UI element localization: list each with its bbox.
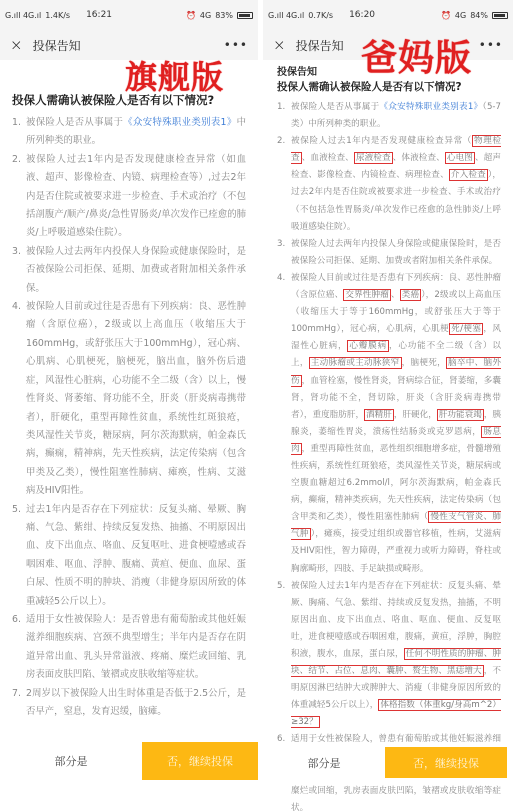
occupation-table-link[interactable]: 《众安特殊职业类别表1》 <box>123 117 236 128</box>
signal-icon: G.ıll 4G.ıl <box>5 11 41 20</box>
close-icon[interactable]: × <box>10 36 23 54</box>
list-item: 3.被保险人过去两年内投保人身保险或健康保险时，是否被保险公司拒保、延期、加费或… <box>277 236 501 270</box>
phone-flagship-version: G.ıll 4G.ıl 1.4K/s 16:21 ⏰ 4G 83% × 投保告知… <box>0 0 258 812</box>
list-item: 5.过去1年内是否存在下列症状：反复头痛、晕厥、胸痛、气急、紫绀、持续反复发热、… <box>12 501 246 611</box>
partial-yes-button[interactable]: 部分是 <box>263 747 385 778</box>
list-item: 1.被保险人是否从事属于《众安特殊职业类别表1》（5-7类）中所列种类的职业。 <box>277 99 501 133</box>
page-title: 投保告知 <box>33 37 224 54</box>
no-continue-button[interactable]: 否，继续投保 <box>142 742 258 780</box>
no-continue-button[interactable]: 否，继续投保 <box>385 747 507 778</box>
list-item: 1. 被保险人是否从事属于《众安特殊职业类别表1》中所列种类的职业。 <box>12 114 246 151</box>
alarm-icon: ⏰ <box>441 11 451 20</box>
list-item: 3.被保险人过去两年内投保人身保险或健康保险时，是否被保险公司拒保、延期、加费或… <box>12 243 246 298</box>
list-item: 2.被保险人过去1年内是否发现健康检查异常（物理检查、血液检查、尿液检查、体液检… <box>277 133 501 236</box>
highlighted-term: 酒精肝 <box>364 409 394 421</box>
status-bar: G.ıll 4G.ıl 1.4K/s 16:21 ⏰ 4G 83% <box>0 0 258 30</box>
clock: 16:20 <box>349 10 375 20</box>
highlighted-term: 尿液检查 <box>354 152 393 164</box>
notice-content: 投保人需确认被保险人是否有以下情况? 1. 被保险人是否从事属于《众安特殊职业类… <box>0 60 258 721</box>
more-icon[interactable]: ••• <box>224 38 248 52</box>
clock: 16:21 <box>86 10 112 20</box>
list-item: 2.被保险人过去1年内是否发现健康检查异常（如血液、超声、影像检查、内镜、病理检… <box>12 151 246 243</box>
battery-percent: 83% <box>215 11 233 20</box>
partial-yes-button[interactable]: 部分是 <box>0 742 142 780</box>
alarm-icon: ⏰ <box>186 11 196 20</box>
version-label: 旗舰版 <box>125 52 224 98</box>
list-item: 5.被保险人过去1年内是否存在下列症状：反复头痛、晕厥、胸痛、气急、紫绀、持续或… <box>277 578 501 732</box>
action-bar: 部分是 否，继续投保 <box>0 742 258 780</box>
list-item: 6.适用于女性被保险人：是否曾患有葡萄胎或其他妊娠滋养细胞疾病、宫颈不典型增生；… <box>12 611 246 685</box>
network-speed: 1.4K/s <box>45 11 70 20</box>
network-speed: 0.7K/s <box>308 11 333 20</box>
highlighted-term: 介入检查 <box>449 169 488 181</box>
highlighted-term: 交界性肿瘤 <box>343 289 391 301</box>
condition-list: 1. 被保险人是否从事属于《众安特殊职业类别表1》中所列种类的职业。 2.被保险… <box>12 114 246 721</box>
highlighted-term: 死/梗塞 <box>449 323 483 335</box>
status-bar: G.ıll 4G.ıl 0.7K/s 16:20 ⏰ 4G 84% <box>263 0 513 30</box>
list-item: 7.2周岁以下被保险人出生时体重是否低于2.5公斤，是否早产，窒息，发育迟缓，脑… <box>12 685 246 722</box>
notice-content: 投保告知 投保人需确认被保险人是否有以下情况? 1.被保险人是否从事属于《众安特… <box>263 60 513 812</box>
list-item: 4.被保险人目前或过往是否患有下列疾病：良、恶性肿瘤（含原位癌、交界性肿瘤、类癌… <box>277 270 501 578</box>
highlighted-term: 主动脉瘤或主动脉狭窄 <box>309 357 402 369</box>
network-type: 4G <box>455 11 466 20</box>
highlighted-term: 肝功能衰竭 <box>437 409 484 421</box>
action-bar: 部分是 否，继续投保 <box>263 747 513 778</box>
phone-parents-version: G.ıll 4G.ıl 0.7K/s 16:20 ⏰ 4G 84% × 投保告知… <box>263 0 513 812</box>
condition-list: 1.被保险人是否从事属于《众安特殊职业类别表1》（5-7类）中所列种类的职业。2… <box>277 99 501 812</box>
close-icon[interactable]: × <box>273 36 286 54</box>
network-type: 4G <box>200 11 211 20</box>
list-item: 4.被保险人目前或过往是否患有下列疾病：良、恶性肿瘤（含原位癌），2级或以上高血… <box>12 298 246 500</box>
battery-icon <box>492 12 508 19</box>
more-icon[interactable]: ••• <box>479 38 503 52</box>
battery-percent: 84% <box>470 11 488 20</box>
highlighted-term: 类癌 <box>400 289 421 301</box>
signal-icon: G.ıll 4G.ıl <box>268 11 304 20</box>
battery-icon <box>237 12 253 19</box>
notice-subtitle: 投保人需确认被保险人是否有以下情况? <box>277 80 501 95</box>
highlighted-term: 心瓣膜病 <box>347 340 389 352</box>
comparison-screenshot: G.ıll 4G.ıl 1.4K/s 16:21 ⏰ 4G 83% × 投保告知… <box>0 0 513 812</box>
highlighted-term: 心电图 <box>445 152 475 164</box>
version-label: 爸妈版 <box>361 30 472 81</box>
occupation-table-link[interactable]: 《众安特殊职业类别表1》 <box>379 102 482 112</box>
